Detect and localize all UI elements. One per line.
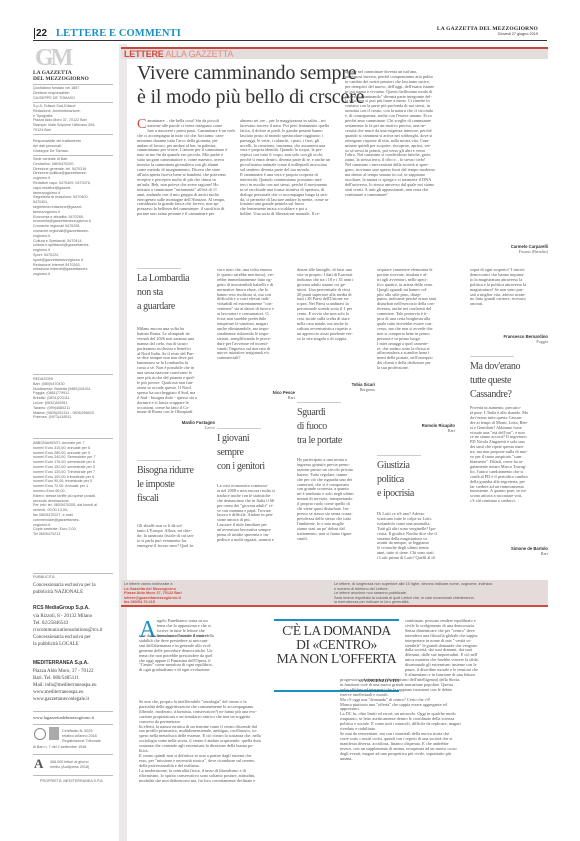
title-line: tutte queste [470, 374, 520, 388]
title-line: Bisogna ridurre [137, 464, 194, 478]
sidebar-line: pubblicità NAZIONALE [33, 589, 118, 596]
sidebar-publisher: S.p.A. Edisud Sud-Edisud Redazione, Ammi… [33, 104, 113, 133]
sidebar-redazioni: REDAZIONI Bari: (080)5470430 Nordbarese:… [33, 377, 113, 420]
sidebar-readers: 466.000 lettori al giorno medio (Audipre… [50, 760, 118, 770]
text-line: bollire. Una sorta di liberazione natura… [240, 212, 338, 217]
letter-title: Sguardi di fuoco tra le portate [297, 406, 342, 448]
headline-line: è il modo più bello di crscere [137, 85, 364, 109]
sidebar-mediterranea: Piazza Aldo Moro, 37 - 70122 Bari. Tel. … [33, 668, 118, 703]
header-divider [33, 40, 547, 41]
letter-title: I giovani sempre con i genitori [217, 432, 265, 474]
text-line: mune di Roma con le Olimpiadi. [137, 410, 215, 415]
logo-name: LA GAZZETTA DEL MEZZOGIORNO [33, 70, 89, 82]
commentary-blue-rule-top [274, 619, 399, 621]
letters-rules: Le lettere, di lunghezza non superiore a… [334, 582, 493, 605]
sidebar-line: la pubblicità LOCALE [33, 641, 118, 648]
letters-section-label: LETTERE ALLA GAZZETTA [124, 49, 233, 59]
text-line: pedisce a molti ragazzi, uomini e [217, 538, 295, 543]
sidebar-divider [33, 102, 113, 103]
pubblicita-title: PUBBLICITÀ: [33, 575, 113, 580]
title-line: I giovani [217, 432, 265, 446]
sidebar-line: Concessionaria esclusiva per [33, 634, 118, 641]
commentary-right-column-top: combinate, possono rendere equilibrato e… [405, 619, 548, 678]
logo-name-line: DEL MEZZOGIORNO [33, 76, 89, 82]
title-line: sempre [217, 446, 265, 460]
letter-body: Milano ancora una volta habattuto Roma. … [137, 327, 215, 415]
sidebar-line: Potenza: (0971)418511 [33, 415, 113, 420]
title-line: Cassandre? [470, 388, 520, 402]
text-line: so la vita singola o di coppia. [297, 337, 375, 342]
sidebar-pubblicita-title: PUBBLICITÀ: [33, 575, 113, 580]
sidebar-line: Giuseppe De Tomaso [33, 149, 113, 154]
text-line: i Lotti prima di Lotti? Quelli al di [377, 556, 455, 561]
letter-divider [137, 460, 181, 461]
headline-line: Vivere camminando sempre [137, 61, 364, 85]
sidebar-line: Tel. 02/25846543 [33, 620, 118, 627]
letter-body: Ho partecipato a una serata aingresso gr… [297, 458, 375, 541]
letter-signature: Tobia Sicari Bergamo [297, 382, 375, 392]
title-line: C'È LA DOMANDA [274, 624, 399, 638]
ads-logo-icon [49, 727, 59, 740]
sidebar-pubblicita: Concessionaria esclusiva per la pubblici… [33, 582, 118, 596]
sidebar-line: Piazza Aldo Moro, 37 - 70122 [33, 668, 118, 675]
sidebar-founding: Quotidiano fondato nel 1887 Direttore re… [33, 86, 113, 100]
masthead: LA GAZZETTA DEL MEZZOGIORNO Giovedì 27 g… [437, 26, 538, 36]
title-line: politica [377, 473, 414, 487]
sidebar-owner: PROPRIETÀ: MEDITERRANEA S.P.A. [40, 779, 120, 784]
sidebar-divider [33, 134, 113, 135]
sidebar-registration: di Bari n. 7 del 2 settembre 1948 [33, 745, 113, 750]
title-line: tra le portate [297, 434, 342, 448]
letter-signature: Romolo Ricapito Bari [377, 423, 455, 433]
letter-body: La crisi economica comincia-ta nel 2008 … [217, 484, 295, 543]
text-line: umana. [340, 757, 548, 762]
section-red-bar-bottom [121, 605, 548, 607]
text-line: c'è chi continua a crederci. [470, 499, 548, 504]
title-line: le imposte [137, 478, 194, 492]
signature-place: Bari [217, 395, 295, 400]
letter-signature: Simone de Bartolo Bari [470, 546, 548, 556]
letters-address: Le lettere vanno indirizzate a La Gazzet… [124, 582, 182, 605]
sidebar-contacts: Sede centrale di Bari: Centralino: 080/5… [33, 157, 113, 277]
title-line: Ma dov'erano [470, 360, 520, 374]
sidebar-divider [33, 438, 113, 439]
letter-divider [297, 402, 341, 403]
title-line: a guardare [137, 300, 189, 314]
letter-title: La Lombardia non sta a guardare [137, 272, 189, 314]
letter-body-continued: donne alle famiglie, di farsi unavita in… [297, 268, 375, 342]
letter-body: Di Lotti ce n'è uno? Adessoscaricano tut… [377, 512, 455, 561]
sidebar-line: 70124 Bari [33, 128, 113, 133]
main-letter-col3: spirare nel camminare diventa un tutt'un… [345, 70, 450, 198]
sidebar-gutter [119, 44, 127, 841]
letter-divider [377, 455, 421, 456]
sidebar-line: Registrazione Tribunale [62, 739, 117, 744]
text-line: simili. [297, 537, 375, 542]
sidebar-abbonamenti: ABBONAMENTI: Annuale per 7 numeri Euro 3… [33, 441, 113, 537]
newspaper-logo-icon: GM [35, 46, 71, 70]
sidebar-certificate: Certificato N. 8225 relativo all'anno 20… [62, 729, 117, 743]
letter-title: Giustizia politica e ipocrisia [377, 459, 414, 501]
signature-place: Bari [377, 428, 455, 433]
label-light: ALLA GAZZETTA [165, 49, 233, 59]
text-line: portare uno zaino pesante e il camminare… [137, 212, 235, 217]
label-bold: LETTERE [124, 49, 164, 59]
letter-title: Bisogna ridurre le imposte fiscali [137, 464, 194, 506]
signature-place: Foggia [470, 339, 548, 344]
sidebar-line[interactable]: rcscommunicationsolutions@rcs.it [33, 627, 118, 634]
title-line: Sguardi [297, 406, 342, 420]
mediterranea-name: MEDITERRANEA S.p.A. [33, 660, 89, 667]
sidebar-link[interactable]: www.mediterraneaspa.eu [33, 689, 118, 696]
text-line: emergere il lavoro nero? Quel la- [137, 544, 215, 549]
title-line: Giustizia [377, 459, 414, 473]
title-line: di fuoco [297, 420, 342, 434]
title-line: con i genitori [217, 460, 265, 474]
sidebar-line: Bari. Tel. 080/5485111 [33, 675, 118, 682]
page-number: 22 [34, 28, 47, 39]
main-letter-col2: almeno sei ore – per la maggioranza in s… [240, 119, 338, 217]
sidebar-divider [33, 724, 113, 725]
letter-body-continued: sequiace cameriere elemosina leportate r… [377, 268, 455, 371]
signature-place: Lecce [137, 425, 215, 430]
letter-title: Ma dov'erano tutte queste Cassandre? [470, 360, 520, 402]
letter-signature: Nico Pesce Bari [217, 390, 295, 400]
sidebar-line: zogiorno.it [33, 272, 113, 277]
text-line: continuare a camminare! [345, 193, 450, 198]
commentary-intro: sere delle democrazie. Intendo il tema d… [139, 634, 235, 673]
title-line: La Lombardia [137, 272, 189, 286]
title-line: DI «CENTRO» [274, 638, 399, 652]
title-line: fiscali [137, 492, 194, 506]
signature-place: Bergamo [297, 387, 375, 392]
letter-signature: Manlio Fustagno Lecce [137, 420, 215, 430]
commentary-title: C'È LA DOMANDA DI «CENTRO» MA NON L'OFFE… [274, 624, 399, 666]
text-line: onorati. [470, 302, 548, 307]
sidebar-divider [33, 754, 113, 755]
signature-place: Bari [470, 551, 548, 556]
letter-body: Gli sbiaffi non ce li dà sol-tanto L'Eur… [137, 524, 215, 549]
rcs-name: RCS MediaGroup S.p.A. [33, 605, 90, 612]
sidebar-divider [33, 711, 113, 712]
signature-place: Fasano (Brindisi) [470, 249, 548, 254]
sidebar-line: Concessionaria esclusiva per la [33, 582, 118, 589]
main-letter-col1: C amminare... che bella cosa! Sin da pic… [137, 119, 235, 217]
sidebar-line: medio (Audipress 2018) [50, 765, 118, 770]
audipress-logo-icon: A [34, 757, 45, 770]
letter-body: Povertà in aumento, precario-tà pure. L'… [470, 406, 548, 504]
sidebar-divider [33, 374, 113, 375]
sidebar-line[interactable]: Mail: info@mediterraneaspa.eu [33, 682, 118, 689]
sidebar-divider [33, 775, 113, 776]
section-title: LETTERE E COMMENTI [56, 28, 181, 39]
commentary-right-column: progressiva ed ottimistica (di ottimismo… [340, 678, 548, 761]
sidebar-rcs: via Rizzoli, 8 - 20132 Milano Tel. 02/25… [33, 613, 118, 648]
certification-seal-icon [34, 728, 46, 740]
issue-date: Giovedì 27 giugno 2019 [437, 32, 538, 36]
sidebar-line: via Rizzoli, 8 - 20132 Milano [33, 613, 118, 620]
website-link[interactable]: www.lagazzettadelmezzogiorno.it [33, 714, 94, 721]
title-line: e ipocrisia [377, 487, 414, 501]
sidebar-divider [33, 573, 113, 574]
letter-body-continued: sopra di ogni sospetto? I sinceridemocra… [470, 268, 548, 307]
sidebar-line: Tel 080/5470213 [33, 532, 113, 537]
sidebar-line: GIUSEPPE DE TOMASO [33, 96, 113, 101]
text-line: commerciali? [217, 356, 295, 361]
commentary-left-column: Se non che, proprio la ineffferrabile "o… [139, 700, 335, 783]
text-line: modalità che non definiscono ma, fra lor… [139, 779, 335, 784]
sidebar-link[interactable]: www.gazzettaneconlegale.it [33, 696, 118, 703]
main-letter-headline: Vivere camminando sempre è il modo più b… [137, 61, 364, 109]
text-line: di ogni gradualismo e di ogni evoluzione… [139, 668, 235, 673]
main-letter-signature: Carmelo Carparelli Fasano (Brindisi) [470, 244, 548, 254]
dropcap: C [137, 119, 146, 130]
letter-divider [217, 428, 261, 429]
title-line: non sta [137, 286, 189, 300]
text-line: la sua professione. [377, 366, 455, 371]
title-line: MA NON L'OFFERTA [274, 652, 399, 666]
sidebar-divider [33, 155, 113, 156]
letter-divider [137, 268, 181, 269]
sidebar-privacy: Responsabile del trattamento dei dati pe… [33, 139, 113, 153]
rule-line: Le lettere, di lunghezza non superiore a… [334, 582, 493, 587]
letter-body-continued: voro nero che, una volta emerso(e questo… [217, 268, 295, 361]
letter-divider [470, 356, 514, 357]
sidebar-divider [33, 84, 113, 85]
letter-signature: Francesco Bernardino Foggia [470, 334, 548, 344]
